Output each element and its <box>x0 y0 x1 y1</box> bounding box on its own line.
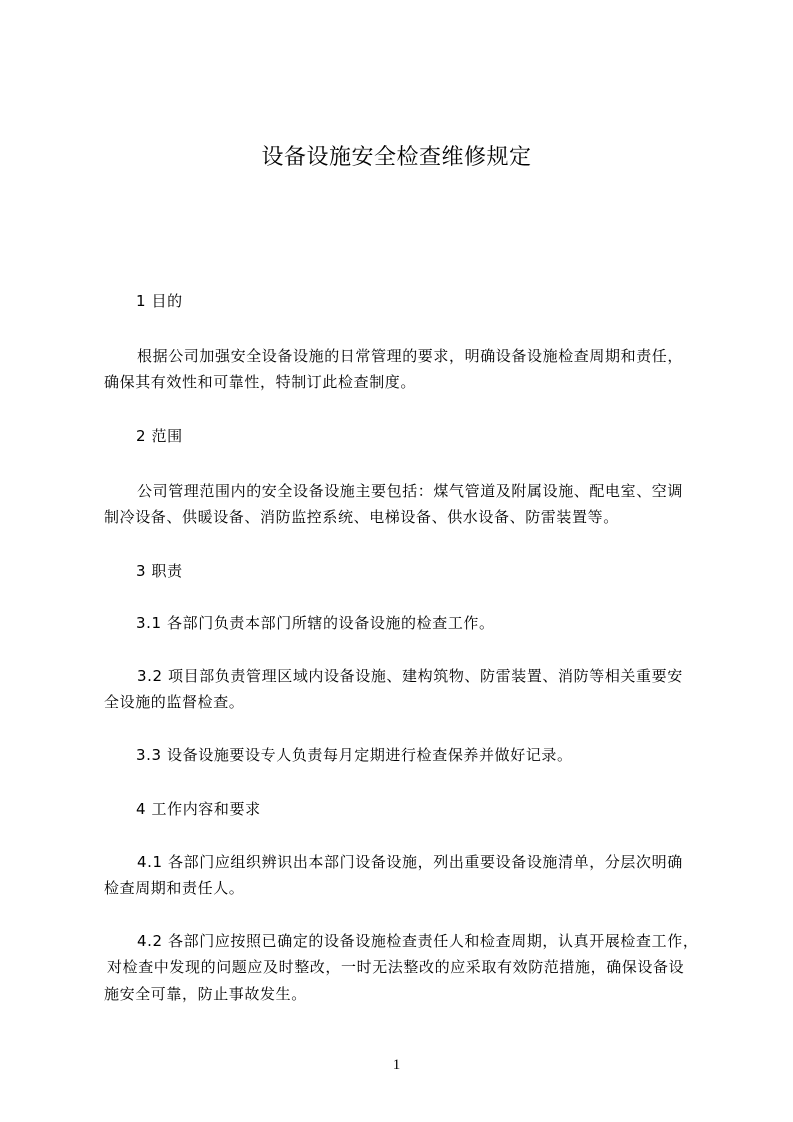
paragraph-line: 制冷设备、供暖设备、消防监控系统、电梯设备、供水设备、防雷装置等。 <box>104 507 704 527</box>
section-heading-purpose: 1 目的 <box>104 291 736 311</box>
paragraph-line: 4.1 各部门应组织辨识出本部门设备设施，列出重要设备设施清单，分层次明确 <box>104 852 737 872</box>
paragraph-line: 施安全可靠，防止事故发生。 <box>104 984 704 1004</box>
document-title: 设备设施安全检查维修规定 <box>0 143 793 173</box>
page-number: 1 <box>0 1055 793 1075</box>
paragraph-line: 4.2 各部门应按照已确定的设备设施检查责任人和检查周期，认真开展检查工作， <box>104 931 737 951</box>
section-heading-responsibilities: 3 职责 <box>104 561 736 581</box>
document-page: 设备设施安全检查维修规定 1 目的 根据公司加强安全设备设施的日常管理的要求，明… <box>0 0 793 1122</box>
paragraph-line: 3.2 项目部负责管理区域内设备设施、建构筑物、防雷装置、消防等相关重要安 <box>104 666 737 686</box>
section-heading-work-content: 4 工作内容和要求 <box>104 799 736 819</box>
paragraph-line: 检查周期和责任人。 <box>104 878 704 898</box>
paragraph-line: 根据公司加强安全设备设施的日常管理的要求，明确设备设施检查周期和责任， <box>104 346 737 366</box>
section-heading-scope: 2 范围 <box>104 426 736 446</box>
paragraph-line: 3.3 设备设施要设专人负责每月定期进行检查保养并做好记录。 <box>104 745 736 765</box>
paragraph-line: 公司管理范围内的安全设备设施主要包括：煤气管道及附属设施、配电室、空调 <box>104 481 737 501</box>
paragraph-line: 对检查中发现的问题应及时整改，一时无法整改的应采取有效防范措施，确保设备设 <box>104 957 707 977</box>
paragraph-line: 3.1 各部门负责本部门所辖的设备设施的检查工作。 <box>104 613 736 633</box>
paragraph-line: 全设施的监督检查。 <box>104 692 704 712</box>
paragraph-line: 确保其有效性和可靠性，特制订此检查制度。 <box>104 372 704 392</box>
